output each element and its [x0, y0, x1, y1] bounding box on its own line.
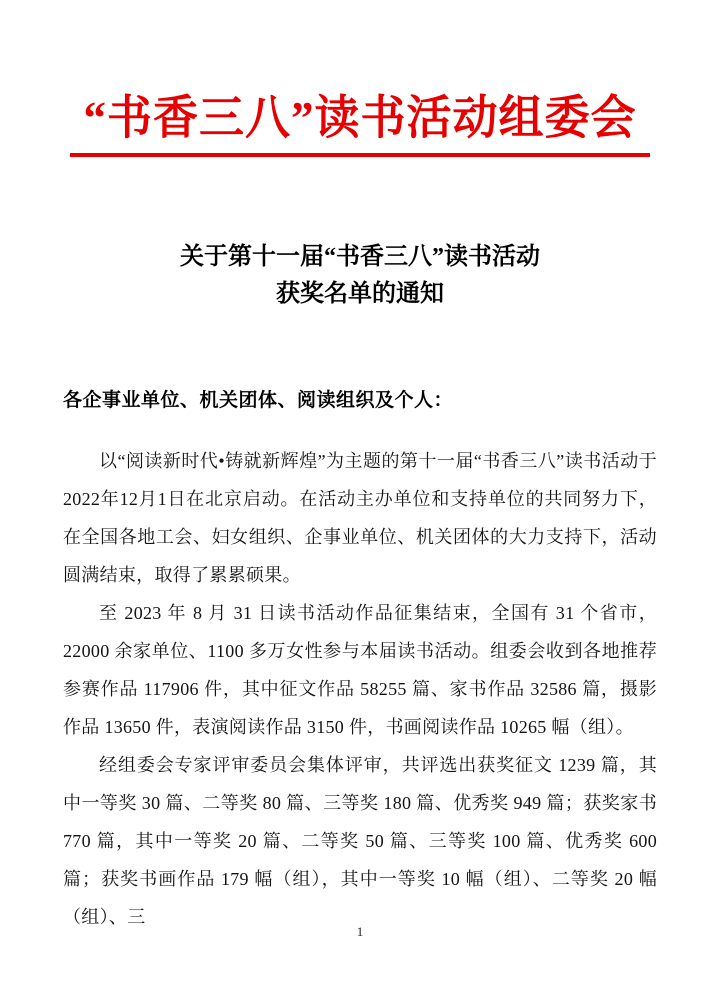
paragraph-awards: 经组委会专家评审委员会集体评审，共评选出获奖征文 1239 篇，其中一等奖 30… [63, 746, 657, 936]
salutation-line: 各企事业单位、机关团体、阅读组织及个人： [63, 385, 657, 412]
letterhead-title: “书香三八”读书活动组委会 [63, 92, 657, 146]
document-title-line2: 获奖名单的通知 [63, 276, 657, 313]
paragraph-intro: 以“阅读新时代•铸就新辉煌”为主题的第十一届“书香三八”读书活动于2022年12… [63, 442, 657, 594]
document-page: “书香三八”读书活动组委会 关于第十一届“书香三八”读书活动 获奖名单的通知 各… [0, 0, 720, 982]
letterhead-rule-divider [70, 153, 650, 157]
paragraph-statistics: 至 2023 年 8 月 31 日读书活动作品征集结束，全国有 31 个省市，2… [63, 594, 657, 746]
document-body: 以“阅读新时代•铸就新辉煌”为主题的第十一届“书香三八”读书活动于2022年12… [63, 442, 657, 936]
document-title-line1: 关于第十一届“书香三八”读书活动 [63, 239, 657, 276]
document-title: 关于第十一届“书香三八”读书活动 获奖名单的通知 [63, 239, 657, 313]
letterhead: “书香三八”读书活动组委会 [63, 0, 657, 157]
page-number: 1 [0, 924, 720, 940]
